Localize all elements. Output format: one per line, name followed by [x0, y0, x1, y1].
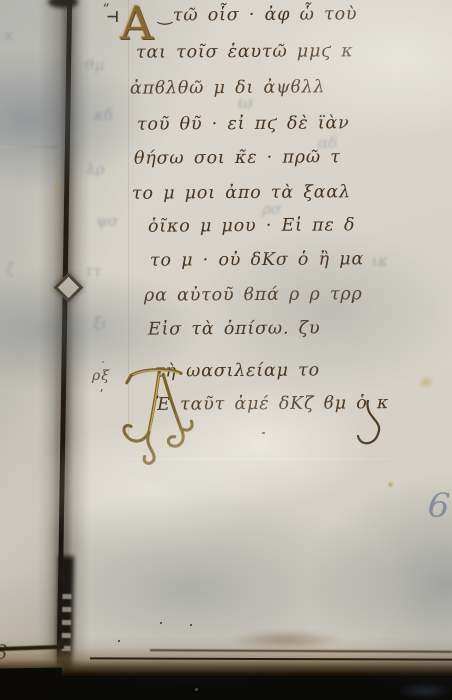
text-line: το μ · οὐ δΚσ ὁ ἢ μα [150, 251, 364, 270]
folio-number: 6 [426, 485, 452, 527]
show-through-mark: ϑμ [84, 56, 104, 74]
section-number-tail: ʼ [99, 388, 103, 403]
show-through-mark: ξι [93, 314, 107, 332]
background-shadow [0, 676, 452, 700]
text-line: ται τοῖσ ἑαυτῶ μμϛ κ [136, 43, 354, 62]
ink-speck [352, 300, 354, 302]
show-through-mark: ξ [6, 260, 14, 278]
text-line: ρα αὐτοῦ ϐπά ρ ρ τρρ [144, 286, 363, 305]
illuminated-initial-icon [114, 364, 198, 468]
show-through-mark: ττ [85, 262, 102, 280]
ink-speck [160, 622, 162, 624]
background-shadow [0, 667, 62, 700]
text-line: ὁῖκο μ μου · Εἰ πε δ [148, 217, 355, 236]
show-through-mark: κ [4, 26, 14, 44]
pen-flourish [350, 400, 398, 464]
show-through-mark: λρ [86, 160, 104, 178]
show-through-mark: ικ [372, 252, 388, 270]
marginal-insert-mark: ⊣ [106, 8, 119, 26]
ink-speck [190, 624, 192, 626]
background-highlight [398, 682, 452, 700]
text-line: το μ μοι ἀπο τὰ ξααλ [132, 184, 351, 203]
text-line: θήσω σοι κ̃ε · πρῶ τ [134, 149, 341, 168]
gold-initial-letter: Α [120, 0, 153, 46]
text-line: ‿τῶ οἷσ · ἀφ ὧ τοὺ [158, 6, 357, 25]
dust-speck [195, 688, 198, 691]
section-number: ρξ [92, 368, 110, 384]
show-through-mark: ψσ [96, 212, 118, 230]
show-through-mark: κδ [94, 106, 113, 124]
ink-speck [262, 432, 265, 434]
manuscript-photo: ϑμ κδ λρ ψσ ττ ξι ω αδ ρσ ικ κ ξ ‿τῶ οἷσ… [0, 0, 452, 700]
text-line: τοῦ θῦ · εἰ πϛ δὲ ϊὰν [137, 115, 350, 134]
text-line: Εἰσ τὰ ὀπίσω. ζυ [148, 320, 320, 339]
text-line: ἀπϐλθῶ μ δι ἀψϐλλ [130, 79, 326, 98]
